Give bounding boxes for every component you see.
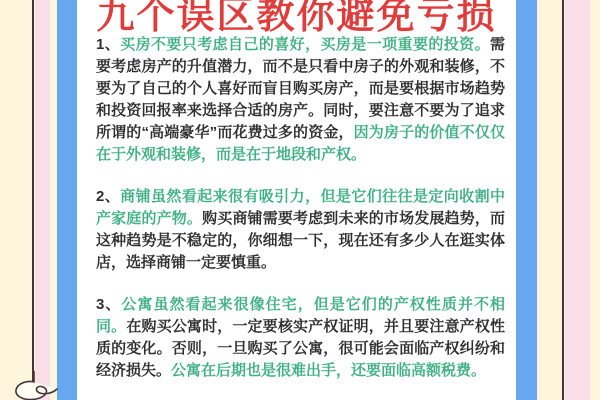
tip-text-1: 买房不要只考虑自己的喜好，买房是一项重要的投资。需要考虑房产的升值潜力，而不是只… xyxy=(96,36,505,163)
poster-page: { "page": { "title": "九个误区教你避免亏损" }, "co… xyxy=(0,0,600,400)
tip-paragraph-3: 3、公寓虽然看起来很像住宅，但是它们的产权性质并不相同。在购买公寓时，一定要核实… xyxy=(96,294,505,382)
tip-paragraph-2: 2、商铺虽然看起来很有吸引力，但是它们往往是定向收割中产家庭的产物。购买商铺需要… xyxy=(96,186,505,274)
flower-doodle-icon xyxy=(12,371,72,400)
tip-paragraph-1: 1、买房不要只考虑自己的喜好，买房是一项重要的投资。需要考虑房产的升值潜力，而不… xyxy=(96,34,505,166)
tip-text-3: 公寓虽然看起来很像住宅，但是它们的产权性质并不相同。在购买公寓时，一定要核实产权… xyxy=(96,296,505,379)
tips-list: 1、买房不要只考虑自己的喜好，买房是一项重要的投资。需要考虑房产的升值潜力，而不… xyxy=(96,34,505,400)
left-blue-stripe xyxy=(57,0,77,400)
tip-number-2: 2、 xyxy=(96,188,120,205)
right-dark-line xyxy=(562,0,564,400)
tip-number-3: 3、 xyxy=(96,296,121,313)
left-string-line xyxy=(32,0,34,383)
left-pink-stripe xyxy=(35,0,50,400)
right-blue-stripe xyxy=(516,0,537,400)
right-pink-stripe xyxy=(565,0,590,400)
tip-number-1: 1、 xyxy=(96,36,120,53)
content-panel: 九个误区教你避免亏损 1、买房不要只考虑自己的喜好，买房是一项重要的投资。需要考… xyxy=(77,0,516,400)
tip-text-2: 商铺虽然看起来很有吸引力，但是它们往往是定向收割中产家庭的产物。购买商铺需要考虑… xyxy=(96,188,505,271)
